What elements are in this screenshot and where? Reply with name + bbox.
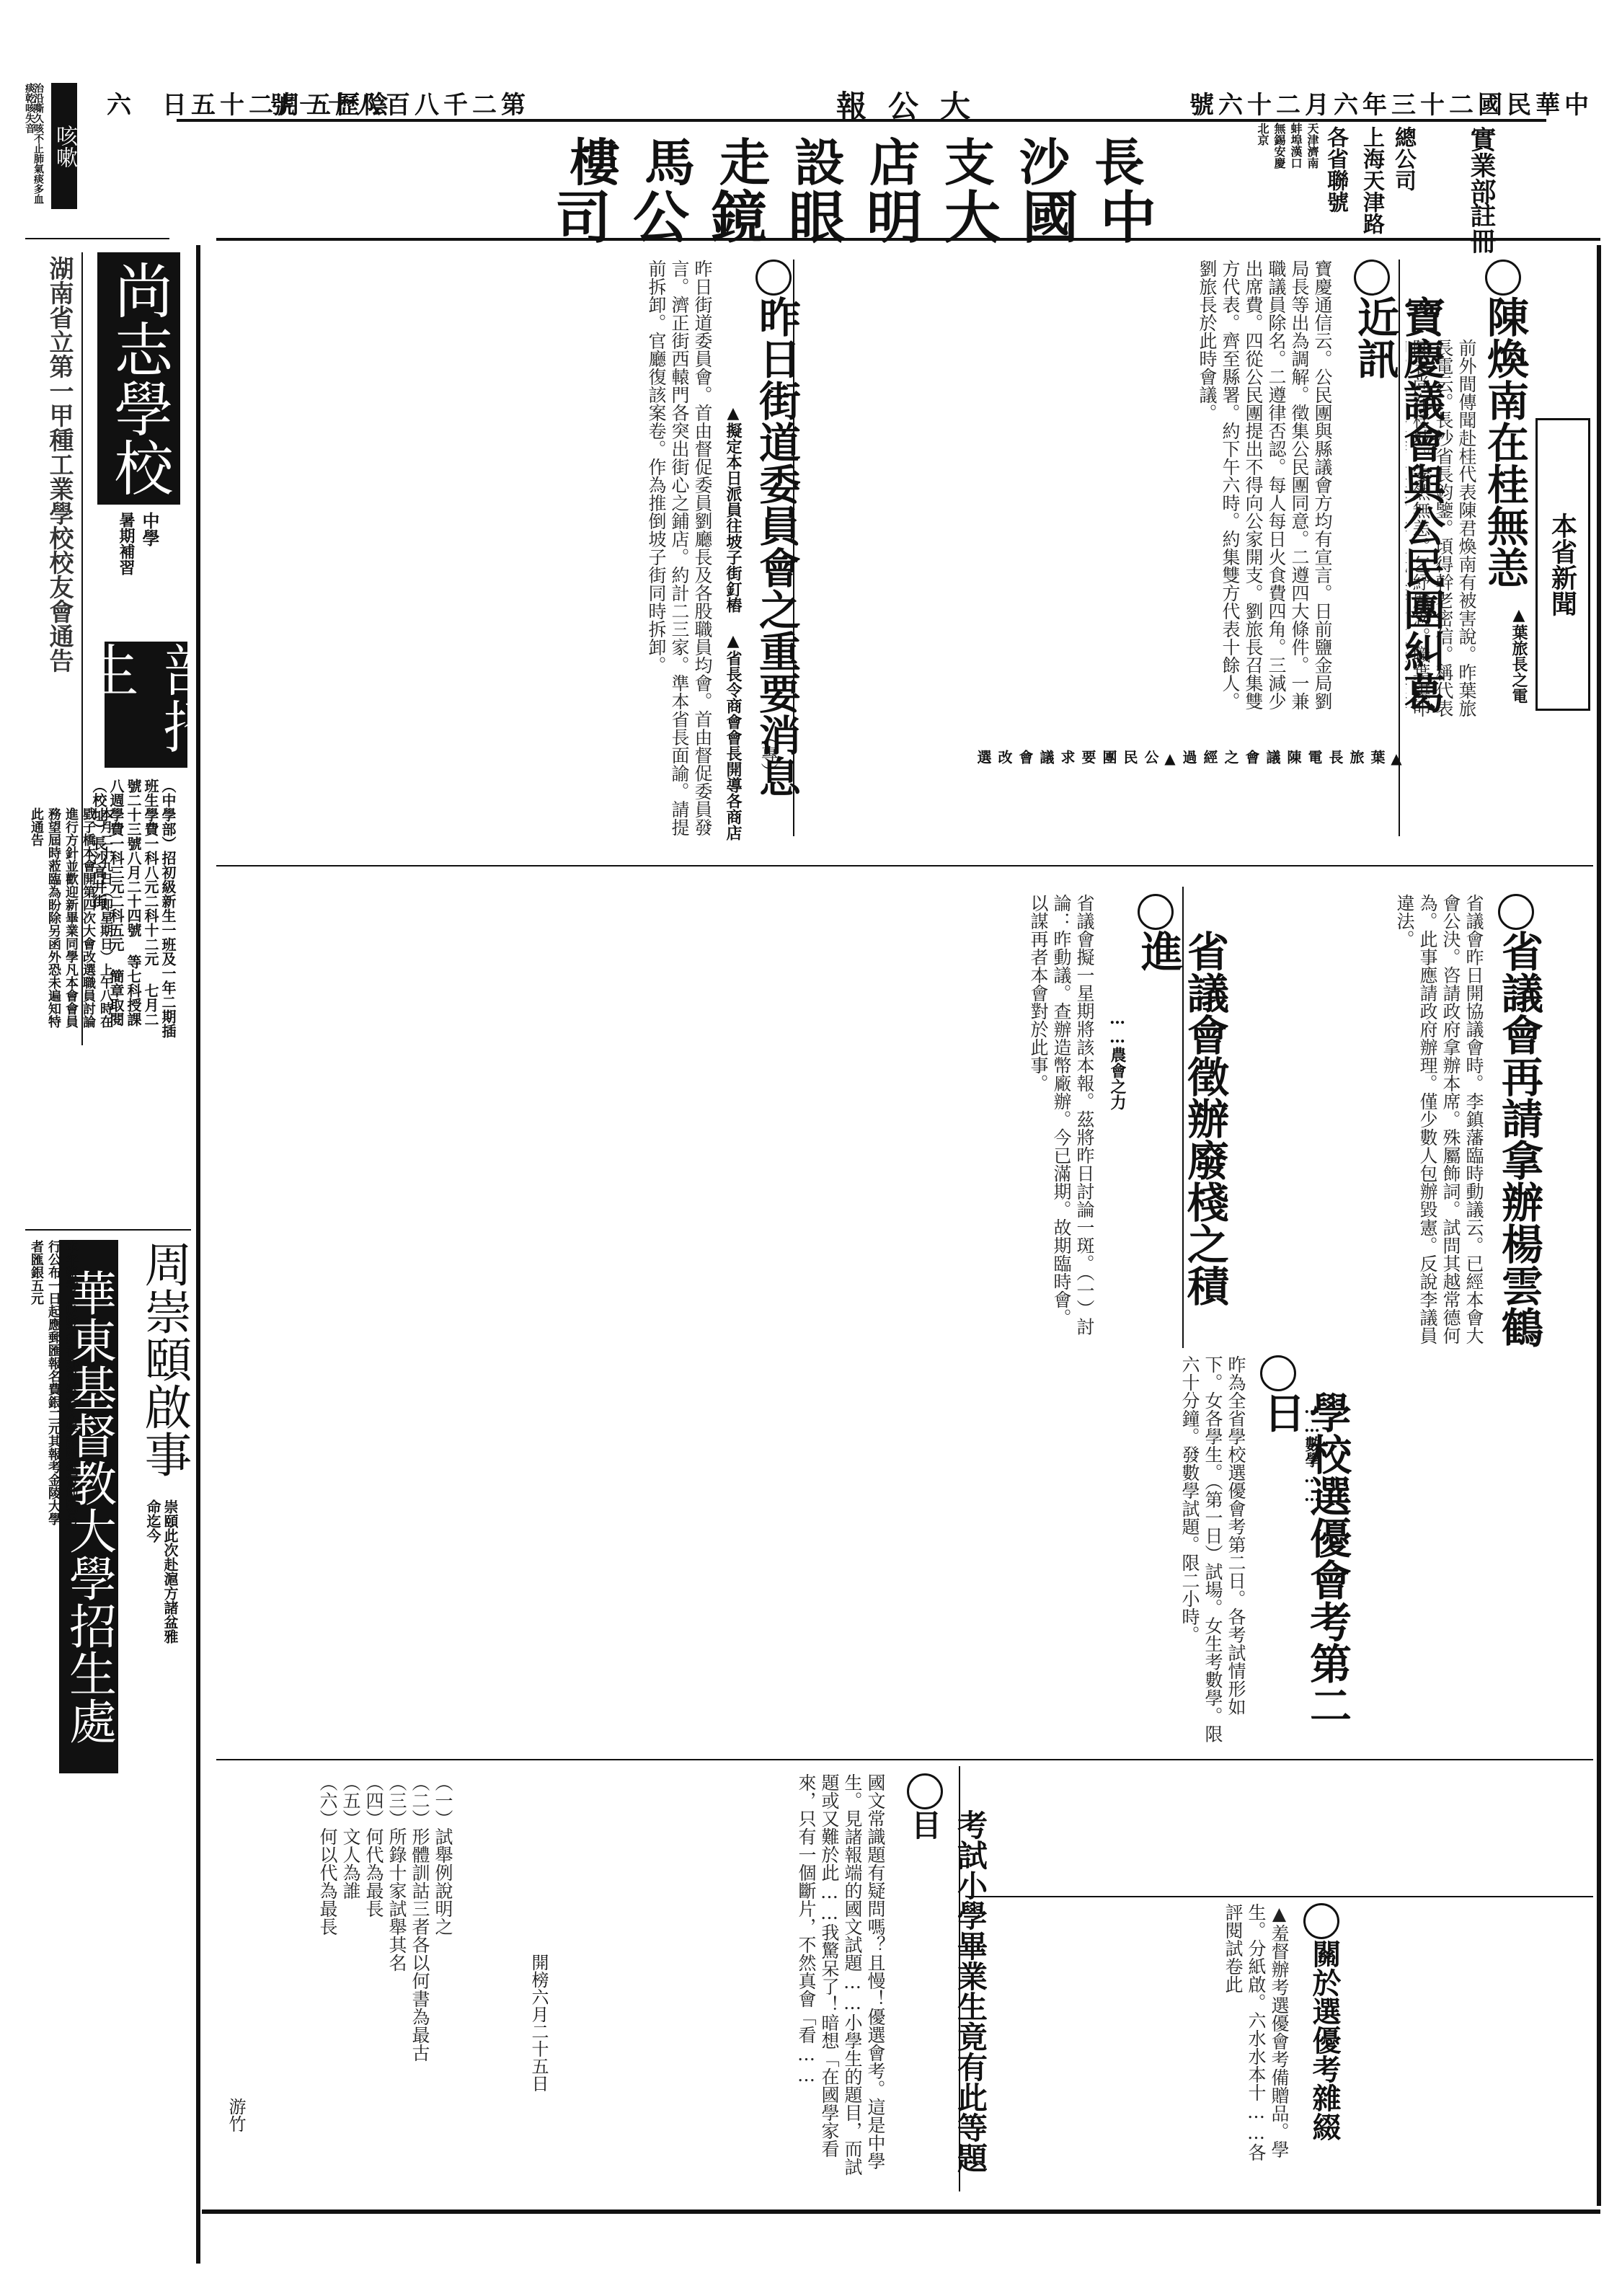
left-ads-rule-1	[25, 238, 169, 239]
article-street-committee: 昨日街道委員會之重要消息 ▲擬定本日派員往坡子街釘樁 ▲省長令商會會長開導各商店…	[216, 260, 793, 851]
article-headline: 關於選優考雜綴	[1301, 1939, 1347, 2141]
ad-headline-company: 中國大明眼鏡公司	[555, 173, 1178, 254]
cough-ad-title: 咳嗽	[51, 83, 77, 209]
article-exam-selection: 關於選優考雜綴 ▲羞督辦考選優會考備贈品。學生。分紙啟。六水水本十……各評閱試卷…	[966, 1903, 1341, 2184]
section-rule	[216, 865, 1593, 866]
left-ads-rule-2	[25, 1229, 191, 1231]
ad-head-office: 總公司 上海天津路	[1355, 126, 1419, 234]
page-bottom-rule	[202, 2209, 1600, 2214]
exam-topic: （三）所錄十家試舉其名	[385, 1773, 408, 2076]
section-label-local-news: 本省新聞	[1535, 418, 1590, 711]
alumni-notice-title: 湖南省立第一甲種工業學校校友會通告	[42, 256, 77, 833]
article-subhead: ▲擬定本日派員往坡子街釘樁 ▲省長令商會會長開導各商店	[724, 404, 742, 841]
column-divider	[793, 260, 794, 836]
school-sub-label: 中學	[137, 512, 162, 546]
masthead-rule	[177, 119, 1546, 122]
article-provincial-council: 省議會再請拿辦楊雲鶴 省議會昨日開協議會時。李鎮藩臨時動議云。已經本會大會公決。…	[1189, 894, 1535, 1355]
school-sub-label: 暑期補習	[115, 512, 138, 575]
column-divider	[1182, 887, 1184, 1348]
exam-topic: （二）形體訓詁三者各以何書為最古	[408, 1773, 431, 2076]
article-subhead: ▲葉旅長電陳議會之經過 ▲公民團要求議會改選	[973, 750, 1405, 767]
recruit-title-banner: 部招生	[105, 642, 187, 768]
right-border	[1597, 245, 1601, 2206]
cough-ad-text: 治沿嘶久咳不止肺氣痰多血痰乾咳失音	[25, 83, 43, 209]
article-baoqing-council: 寶慶議會與公民團糾葛近訊 ▲葉旅長電陳議會之經過 ▲公民團要求議會改選 寶慶通信…	[800, 260, 1391, 728]
article-exam-questions: 考試小學畢業生竟有此等題目 國文常識題有疑問嗎？且慢！優選會考。這是中學生。見諸…	[223, 1773, 944, 2191]
notice-name: 周崇頤啟事	[130, 1240, 198, 1492]
university-text: 本年報考人數眾多者亦可舉行入學試驗舉行地點另行公布一日起應郵匯報名費銀二元其報考…	[27, 1240, 79, 1528]
ad-branches-label: 各省聯號	[1319, 126, 1351, 213]
article-bullet-icon	[1485, 260, 1521, 296]
article-tag: （專）	[755, 728, 781, 780]
article-headline: 省議會再請拿辦楊雲鶴	[1496, 930, 1542, 1348]
article-bullet-icon	[1303, 1903, 1339, 1939]
article-body: 省議會擬一星期將該本報。茲將昨日討論一斑。（一）討論：昨動議。查辦造幣廠辦。今已…	[815, 894, 1096, 1341]
article-subhead: ▲葉旅長之電	[1508, 606, 1530, 704]
article-bullet-icon	[1260, 1355, 1296, 1391]
article-bullet-icon	[1138, 894, 1174, 930]
article-bullet-icon	[1498, 894, 1534, 930]
ad-branch-list-1: 天津濟南蚌埠漢口無錫安慶北京	[1254, 123, 1321, 173]
school-name-banner: 尚志學校	[97, 252, 180, 505]
masthead-date: 中華民國二十三年六月二十六號	[1189, 85, 1593, 120]
column-divider	[959, 1766, 960, 2191]
article-body: ▲羞督辦考選優會考備贈品。學生。分紙啟。六水水本十……各評閱試卷此	[966, 1903, 1290, 2177]
article-council-discussion: 省議會徵辦廢棧之積進 ……農會之力 省議會擬一星期將該本報。茲將昨日討論一斑。（…	[815, 894, 1175, 1341]
cough-ad: 咳嗽 治沿嘶久咳不止肺氣痰多血痰乾咳失音	[25, 83, 77, 209]
exam-topic: （五）文人為誰	[339, 1773, 362, 2076]
article-date-note: 開榜六月二十五日	[526, 1954, 551, 2092]
exam-topic-list: （一）試舉例說明之 （二）形體訓詁三者各以何書為最古 （三）所錄十家試舉其名 （…	[238, 1773, 454, 2076]
ad-ministry: 實業部	[1463, 126, 1500, 204]
exam-topic: （四）何代為最長	[362, 1773, 385, 2076]
article-body: 昨為全省學校選優會考第二日。各考試情形如下。女各學生。（第一日）試場。女生考數學…	[216, 1355, 1247, 1745]
article-body: 昨日街道委員會。首由督促委員劉廳長及各股職員均會。首由督促委員發言。濟正街西轅門…	[216, 260, 714, 851]
article-school-exam: 學校選優會考第二日 ……數學…… 昨為全省學校選優會考第二日。各考試情形如下。女…	[216, 1355, 1572, 1759]
article-headline: 陳煥南在桂無恙	[1481, 296, 1528, 588]
masthead-page-number: 六	[107, 85, 136, 120]
article-body: 省議會昨日開協議會時。李鎮藩臨時動議云。已經本會大會公決。咨請政府拿辦本席。殊屬…	[1189, 894, 1485, 1355]
masthead-issue-number: 第二千八百八十一號	[270, 85, 530, 120]
article-byline: 游竹	[223, 2098, 249, 2132]
notice-text: 崇頤此次赴滬方諸盆雅命迄今	[144, 1499, 179, 1644]
column-divider	[1399, 260, 1400, 836]
exam-topic: （一）試舉例說明之	[431, 1773, 454, 2076]
section-rule	[966, 1896, 1593, 1897]
article-bullet-icon	[1354, 260, 1390, 296]
article-headline: 省議會徵辦廢棧之積進	[1135, 930, 1228, 1341]
alumni-notice-text: 本月二十九日（即星期日）上午八時在戥子橋本會開第四次大會改選職員討論進行方針並歡…	[27, 807, 114, 1038]
article-bullet-icon	[907, 1773, 943, 1809]
article-subhead: ……農會之力	[1107, 1009, 1129, 1110]
ad-bottom-rule	[216, 238, 1600, 241]
ad-registration: 註冊	[1463, 202, 1500, 254]
section-rule	[216, 1759, 1593, 1760]
article-bullet-icon	[755, 260, 792, 296]
exam-topic: （六）何以代為最長	[316, 1773, 339, 2076]
article-headline: 寶慶議會與公民團糾葛近訊	[1352, 296, 1444, 728]
article-body: 國文常識題有疑問嗎？且慢！優選會考。這是中學生。見諸報端的國文試題……小學生的題…	[461, 1773, 887, 2177]
article-subhead: ……數學……	[1301, 1399, 1324, 1505]
article-body: 寶慶通信云。公民團與縣議會方均有宣言。日前鹽金局劉局長等出為調解。徵集公民團同意…	[800, 260, 1334, 721]
